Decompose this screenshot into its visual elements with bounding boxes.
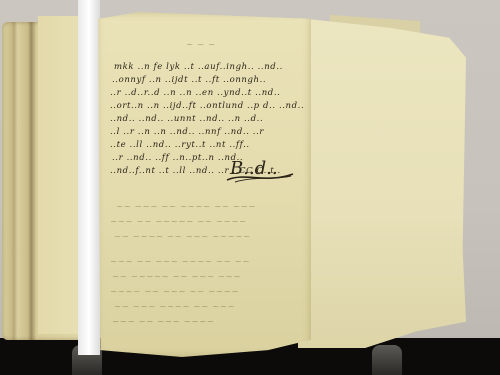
manuscript-line: ..ort..n ..n ..ijd..ft ..ontlund ..p d..… <box>110 101 311 111</box>
manuscript-line: ..te ..ll ..nd.. ..ryt..t ..nt ..ff.. <box>110 140 311 150</box>
bleed-through-text: ~~~ ~~ ~~~~~ ~~ ~~~~ <box>110 217 311 227</box>
manuscript-line: ..nd.. ..nd.. ..unnt ..nd.. ..n ..d.. <box>110 114 311 124</box>
bleed-through-text: ~~ ~~~~~ ~~ ~~~ ~~~ <box>112 272 311 282</box>
bleed-through-text: ~~~ ~~ ~~~ ~~~~ ~~ ~~ <box>110 257 311 267</box>
photo-scene: ~ ~ ~ mkk ..n fe lyk ..t ..auf..ingh.. .… <box>0 0 500 375</box>
manuscript-line: ..r ..d..r..d ..n ..n ..en ..ynd..t ..nd… <box>110 88 311 98</box>
manuscript-line: ..r ..nd.. ..ff ..n..pt..n ..nd.. <box>112 153 311 163</box>
bleed-through-text: ~~~~ ~~ ~~~ ~~ ~~~~ <box>110 287 311 297</box>
manuscript-line: ..onnyf ..n ..ijdt ..t ..ft ..onngh.. <box>112 75 311 85</box>
book-stand-right <box>372 345 402 375</box>
manuscript-line: mkk ..n fe lyk ..t ..auf..ingh.. ..nd.. <box>114 62 311 72</box>
faint-heading: ~ ~ ~ <box>186 40 311 50</box>
white-support-sheet <box>78 0 100 355</box>
bleed-through-text: ~~ ~~~ ~~ ~~~~ ~~ ~~~ <box>116 202 311 212</box>
bleed-through-text: ~~ ~~~ ~~~~ ~~ ~~~ <box>114 302 311 312</box>
manuscript-page: ~ ~ ~ mkk ..n fe lyk ..t ..auf..ingh.. .… <box>96 12 311 357</box>
signature-flourish-icon <box>225 170 295 184</box>
manuscript-line: ..l ..r ..n ..n ..nd.. ..nnf ..nd.. ..r <box>110 127 311 137</box>
bleed-through-text: ~~ ~~~~ ~~ ~~~ ~~~~~ <box>114 232 311 242</box>
bleed-through-text: ~~~ ~~ ~~~ ~~~~ <box>112 317 311 327</box>
right-blank-page <box>298 18 466 348</box>
